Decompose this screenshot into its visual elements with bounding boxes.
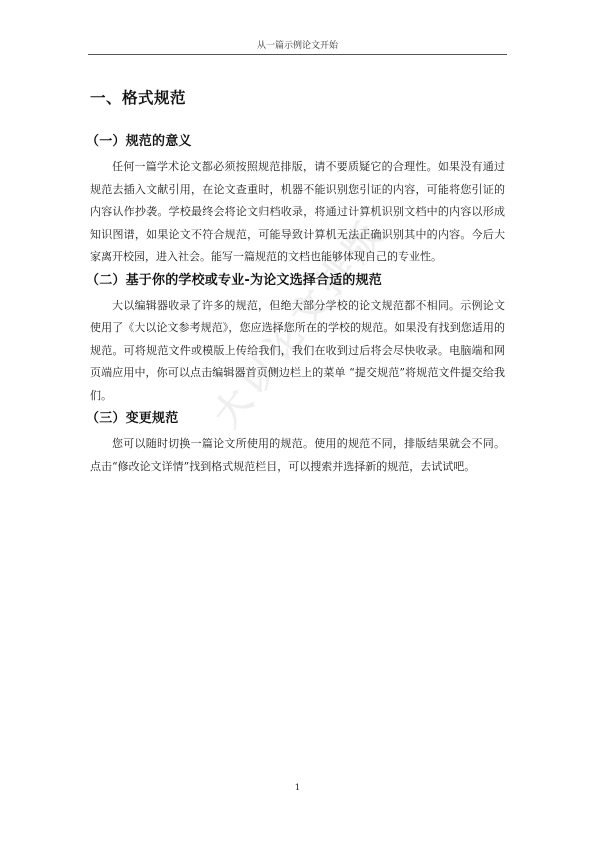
section-title-1: （一）规范的意义 (86, 132, 505, 152)
page-body: 一、格式规范 （一）规范的意义 任何一篇学术论文都必须按照规范排版，请不要质疑它… (90, 86, 505, 480)
section-title-3: （三）变更规范 (86, 409, 505, 429)
section-2-paragraph: 大以编辑器收录了许多的规范，但绝大部分学校的论文规范都不相同。示例论文使用了《大… (90, 295, 505, 408)
page-number: 1 (0, 783, 595, 793)
running-header: 从一篇示例论文开始 (88, 40, 507, 55)
section-1-paragraph: 任何一篇学术论文都必须按照规范排版，请不要质疑它的合理性。如果没有通过规范去插入… (90, 156, 505, 269)
document-page: 从一篇示例论文开始 大以论文排版 一、格式规范 （一）规范的意义 任何一篇学术论… (0, 0, 595, 842)
section-3-paragraph: 您可以随时切换一篇论文所使用的规范。使用的规范不同，排版结果就会不同。点击“修改… (90, 433, 505, 478)
chapter-title: 一、格式规范 (90, 86, 505, 110)
section-title-2: （二）基于你的学校或专业-为论文选择合适的规范 (86, 271, 505, 291)
